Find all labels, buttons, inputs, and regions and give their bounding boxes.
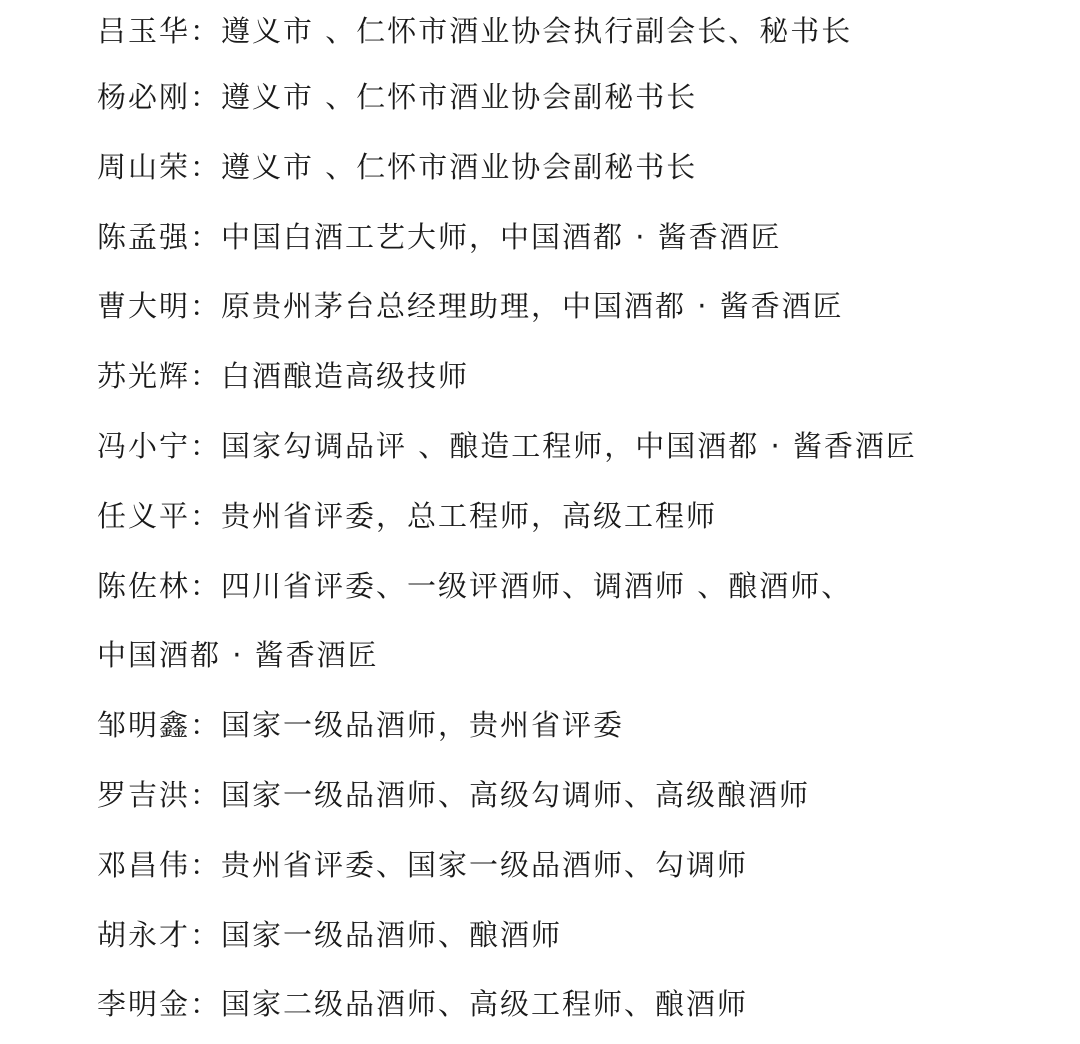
person-name: 冯小宁 (97, 429, 190, 463)
colon-separator: ： (190, 429, 221, 463)
colon-separator: ： (190, 359, 221, 393)
colon-separator: ： (190, 918, 221, 952)
person-name: 罗吉洪 (97, 778, 190, 812)
list-item: 曹大明：原贵州茅台总经理助理，中国酒都 · 酱香酒匠 (97, 275, 1057, 345)
person-name: 邓昌伟 (97, 848, 190, 882)
colon-separator: ： (190, 708, 221, 742)
list-item: 李明金：国家二级品酒师、高级工程师、酿酒师 (97, 973, 1057, 1043)
list-item: 苏光辉：白酒酿造高级技师 (97, 345, 1057, 415)
person-name: 陈佐林 (97, 569, 190, 603)
list-item: 陈孟强：中国白酒工艺大师，中国酒都 · 酱香酒匠 (97, 206, 1057, 276)
colon-separator: ： (190, 499, 221, 533)
list-item: 陈佐林：四川省评委、一级评酒师、调酒师 、酿酒师、 (97, 555, 1057, 625)
colon-separator: ： (190, 220, 221, 254)
colon-separator: ： (190, 14, 221, 48)
colon-separator: ： (190, 150, 221, 184)
person-title-continuation: 中国酒都 · 酱香酒匠 (97, 638, 379, 672)
colon-separator: ： (190, 80, 221, 114)
colon-separator: ： (190, 848, 221, 882)
list-item: 邓昌伟：贵州省评委、国家一级品酒师、勾调师 (97, 834, 1057, 904)
list-item: 杨必刚：遵义市 、仁怀市酒业协会副秘书长 (97, 66, 1057, 136)
person-name: 李明金 (97, 987, 190, 1021)
list-item: 罗吉洪：国家一级品酒师、高级勾调师、高级酿酒师 (97, 764, 1057, 834)
person-name: 胡永才 (97, 918, 190, 952)
person-name: 曹大明 (97, 289, 190, 323)
person-title: 贵州省评委、国家一级品酒师、勾调师 (221, 848, 748, 882)
person-title: 国家一级品酒师、高级勾调师、高级酿酒师 (221, 778, 810, 812)
colon-separator: ： (190, 569, 221, 603)
person-name: 邹明鑫 (97, 708, 190, 742)
list-item: 周山荣：遵义市 、仁怀市酒业协会副秘书长 (97, 136, 1057, 206)
person-title: 国家二级品酒师、高级工程师、酿酒师 (221, 987, 748, 1021)
colon-separator: ： (190, 987, 221, 1021)
person-title: 白酒酿造高级技师 (221, 359, 469, 393)
person-title: 国家一级品酒师，贵州省评委 (221, 708, 624, 742)
person-name: 任义平 (97, 499, 190, 533)
list-item: 冯小宁：国家勾调品评 、酿造工程师，中国酒都 · 酱香酒匠 (97, 415, 1057, 485)
person-title: 原贵州茅台总经理助理，中国酒都 · 酱香酒匠 (221, 289, 844, 323)
person-title: 贵州省评委，总工程师，高级工程师 (221, 499, 717, 533)
person-name: 吕玉华 (97, 14, 190, 48)
person-title: 国家一级品酒师、酿酒师 (221, 918, 562, 952)
person-title: 中国白酒工艺大师，中国酒都 · 酱香酒匠 (221, 220, 782, 254)
person-title: 遵义市 、仁怀市酒业协会执行副会长、秘书长 (221, 14, 852, 48)
person-title: 四川省评委、一级评酒师、调酒师 、酿酒师、 (221, 569, 852, 603)
person-name: 陈孟强 (97, 220, 190, 254)
list-item-continuation: 中国酒都 · 酱香酒匠 (97, 624, 1057, 694)
person-title: 遵义市 、仁怀市酒业协会副秘书长 (221, 150, 697, 184)
person-name: 周山荣 (97, 150, 190, 184)
list-item: 邹明鑫：国家一级品酒师，贵州省评委 (97, 694, 1057, 764)
personnel-list: 吕玉华：遵义市 、仁怀市酒业协会执行副会长、秘书长 杨必刚：遵义市 、仁怀市酒业… (97, 0, 1057, 1043)
person-title: 遵义市 、仁怀市酒业协会副秘书长 (221, 80, 697, 114)
list-item: 吕玉华：遵义市 、仁怀市酒业协会执行副会长、秘书长 (97, 0, 1057, 66)
list-item: 胡永才：国家一级品酒师、酿酒师 (97, 904, 1057, 974)
person-name: 杨必刚 (97, 80, 190, 114)
colon-separator: ： (190, 778, 221, 812)
list-item: 任义平：贵州省评委，总工程师，高级工程师 (97, 485, 1057, 555)
colon-separator: ： (190, 289, 221, 323)
person-title: 国家勾调品评 、酿造工程师，中国酒都 · 酱香酒匠 (221, 429, 917, 463)
person-name: 苏光辉 (97, 359, 190, 393)
